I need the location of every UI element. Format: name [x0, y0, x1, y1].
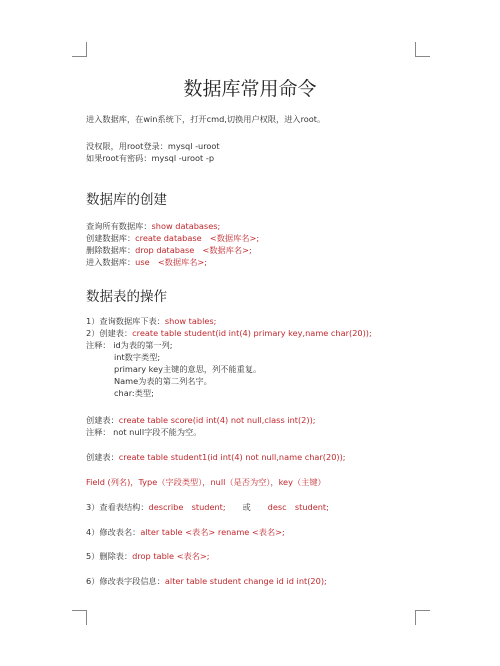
intro-line: 如果root有密码：mysql -uroot -p: [86, 153, 214, 164]
crop-mark-top-left: [72, 42, 87, 57]
note-line: 注释： not null字段不能为空。: [86, 427, 201, 438]
command-line: 6）修改表字段信息：alter table student change id …: [86, 576, 327, 587]
command-text: alter table student change id id int(20)…: [165, 576, 327, 586]
command-line: 创建数据库：create database <数据库名>;: [86, 233, 259, 244]
command-label: 6）修改表字段信息：: [86, 576, 165, 586]
command-text: create table student(id int(4) primary k…: [132, 328, 372, 338]
command-text: alter table <表名> rename <表名>;: [140, 527, 284, 537]
or-text: 或: [226, 502, 268, 513]
command-line: 1）查询数据库下表：show tables;: [86, 316, 216, 327]
command-text: create database <数据库名>;: [135, 233, 259, 243]
note-line: Name为表的第二列名字。: [114, 376, 212, 387]
crop-mark-top-right: [415, 42, 430, 57]
command-line: 创建表：create table student1(id int(4) not …: [86, 452, 346, 463]
command-line: 2）创建表：create table student(id int(4) pri…: [86, 328, 372, 339]
crop-mark-bottom-right: [415, 610, 430, 625]
crop-mark-bottom-left: [72, 610, 87, 625]
page-title: 数据库常用命令: [0, 74, 500, 101]
command-label: 5）删除表：: [86, 551, 132, 561]
command-text: drop database <数据库名>;: [135, 245, 252, 255]
intro-line: 没权限，用root登录：mysql -uroot: [86, 141, 220, 152]
note-text: id为表的第一列;: [113, 340, 172, 350]
command-text: use <数据库名>;: [135, 257, 207, 267]
command-label: 查询所有数据库：: [86, 221, 152, 231]
command-line: 创建表：create table score(id int(4) not nul…: [86, 415, 316, 426]
command-line: 4）修改表名：alter table <表名> rename <表名>;: [86, 527, 285, 538]
note-line: 注释： id为表的第一列;: [86, 340, 173, 351]
command-text: create table score(id int(4) not null,cl…: [119, 415, 316, 425]
fields-line: Field (列名)，Type（字段类型），null（是否为空），key（主键）: [86, 477, 326, 488]
command-text: drop table <表名>;: [132, 551, 209, 561]
command-text: desc student;: [268, 502, 329, 512]
section-heading: 数据表的操作: [86, 285, 167, 305]
command-label: 创建表：: [86, 415, 119, 425]
command-label: 1）查询数据库下表：: [86, 316, 165, 326]
note-line: primary key主键的意思，列不能重复。: [114, 364, 261, 375]
command-text: show tables;: [165, 316, 217, 326]
command-label: 4）修改表名：: [86, 527, 140, 537]
command-label: 创建数据库：: [86, 233, 135, 243]
section-heading: 数据库的创建: [86, 188, 167, 208]
note-line: int数字类型;: [114, 352, 160, 363]
command-line: 删除数据库：drop database <数据库名>;: [86, 245, 252, 256]
command-line: 3）查看表结构：describe student;或desc student;: [86, 502, 329, 513]
command-label: 删除数据库：: [86, 245, 135, 255]
note-line: char:类型;: [114, 388, 154, 399]
command-label: 2）创建表：: [86, 328, 132, 338]
command-label: 进入数据库：: [86, 257, 135, 267]
command-line: 进入数据库：use <数据库名>;: [86, 257, 207, 268]
command-text: describe student;: [149, 502, 226, 512]
note-label: 注释：: [86, 340, 111, 350]
command-line: 5）删除表：drop table <表名>;: [86, 551, 210, 562]
command-label: 3）查看表结构：: [86, 502, 149, 512]
command-text: create table student1(id int(4) not null…: [119, 452, 346, 462]
intro-line: 进入数据库，在win系统下，打开cmd,切换用户权限，进入root。: [86, 114, 325, 125]
command-text: show databases;: [152, 221, 221, 231]
command-line: 查询所有数据库：show databases;: [86, 221, 220, 232]
command-label: 创建表：: [86, 452, 119, 462]
